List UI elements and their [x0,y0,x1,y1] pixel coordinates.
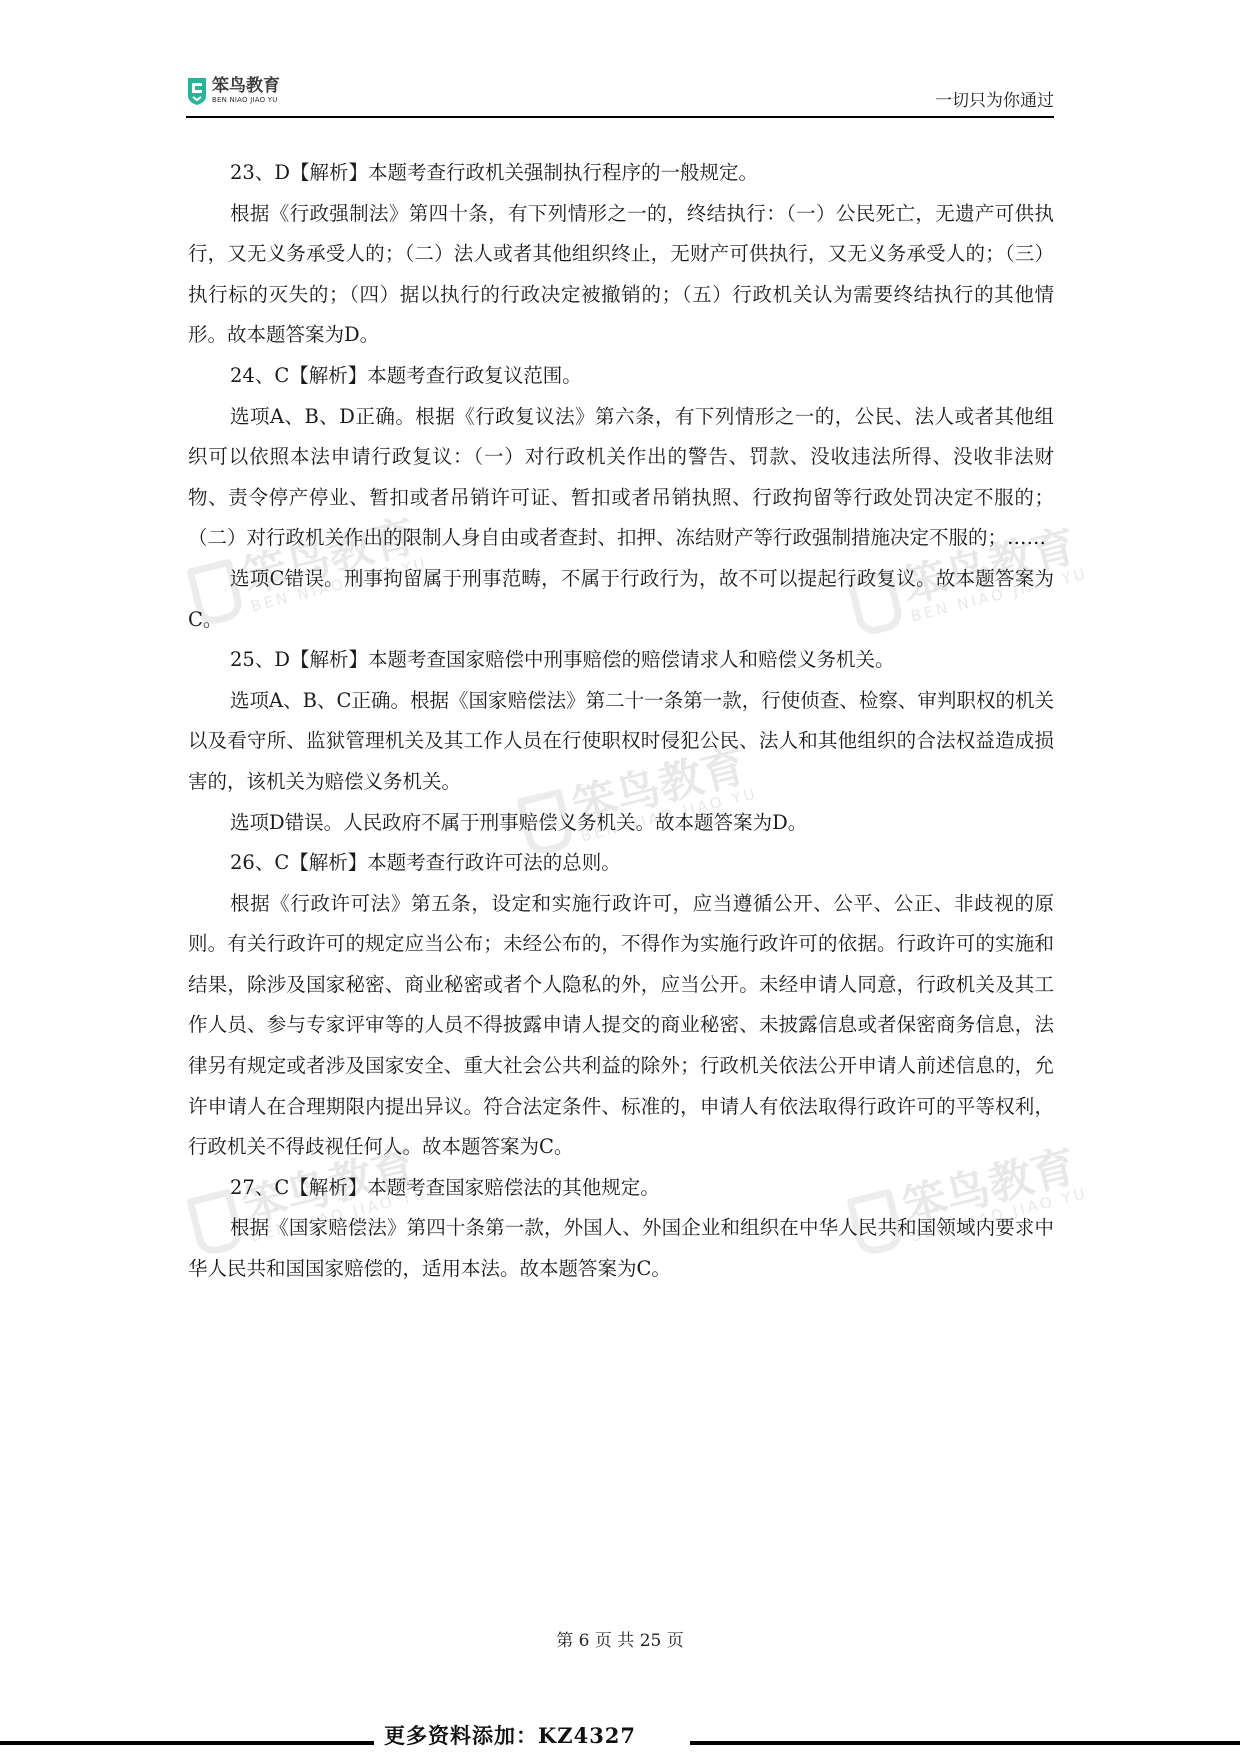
footer-divider-left [0,1741,374,1745]
logo-chinese-text: 笨鸟教育 [212,78,280,95]
document-body: 23、D【解析】本题考查行政机关强制执行程序的一般规定。 根据《行政强制法》第四… [188,153,1054,1290]
shield-logo-icon [186,76,208,106]
answer-26-explanation: 根据《行政许可法》第五条，设定和实施行政许可，应当遵循公开、公平、公正、非歧视的… [188,884,1054,1168]
answer-25-heading: 25、D【解析】本题考查国家赔偿中刑事赔偿的赔偿请求人和赔偿义务机关。 [188,640,1054,681]
answer-27-explanation: 根据《国家赔偿法》第四十条第一款，外国人、外国企业和组织在中华人民共和国领域内要… [188,1208,1054,1289]
logo-english-text: BEN NIAO JIAO YU [212,97,280,104]
promo-footer: 更多资料添加：KZ4327 [0,1708,1240,1748]
page-header: 笨鸟教育 BEN NIAO JIAO YU 一切只为你通过 [186,70,1054,118]
header-slogan: 一切只为你通过 [935,86,1054,111]
answer-25-explanation: 选项A、B、C正确。根据《国家赔偿法》第二十一条第一款，行使侦查、检察、审判职权… [188,681,1054,803]
answer-24-option-c: 选项C错误。刑事拘留属于刑事范畴，不属于行政行为，故不可以提起行政复议。故本题答… [188,559,1054,640]
brand-logo: 笨鸟教育 BEN NIAO JIAO YU [186,76,280,106]
answer-25-option-d: 选项D错误。人民政府不属于刑事赔偿义务机关。故本题答案为D。 [188,803,1054,844]
answer-24-explanation: 选项A、B、D正确。根据《行政复议法》第六条，有下列情形之一的，公民、法人或者其… [188,397,1054,559]
answer-23-heading: 23、D【解析】本题考查行政机关强制执行程序的一般规定。 [188,153,1054,194]
footer-divider-right [690,1741,1240,1745]
answer-27-heading: 27、C【解析】本题考查国家赔偿法的其他规定。 [188,1168,1054,1209]
answer-24-heading: 24、C【解析】本题考查行政复议范围。 [188,356,1054,397]
promo-text: 更多资料添加：KZ4327 [384,1720,636,1750]
page-number: 第 6 页 共 25 页 [0,1626,1240,1651]
answer-23-explanation: 根据《行政强制法》第四十条，有下列情形之一的，终结执行：（一）公民死亡，无遗产可… [188,194,1054,356]
answer-26-heading: 26、C【解析】本题考查行政许可法的总则。 [188,843,1054,884]
